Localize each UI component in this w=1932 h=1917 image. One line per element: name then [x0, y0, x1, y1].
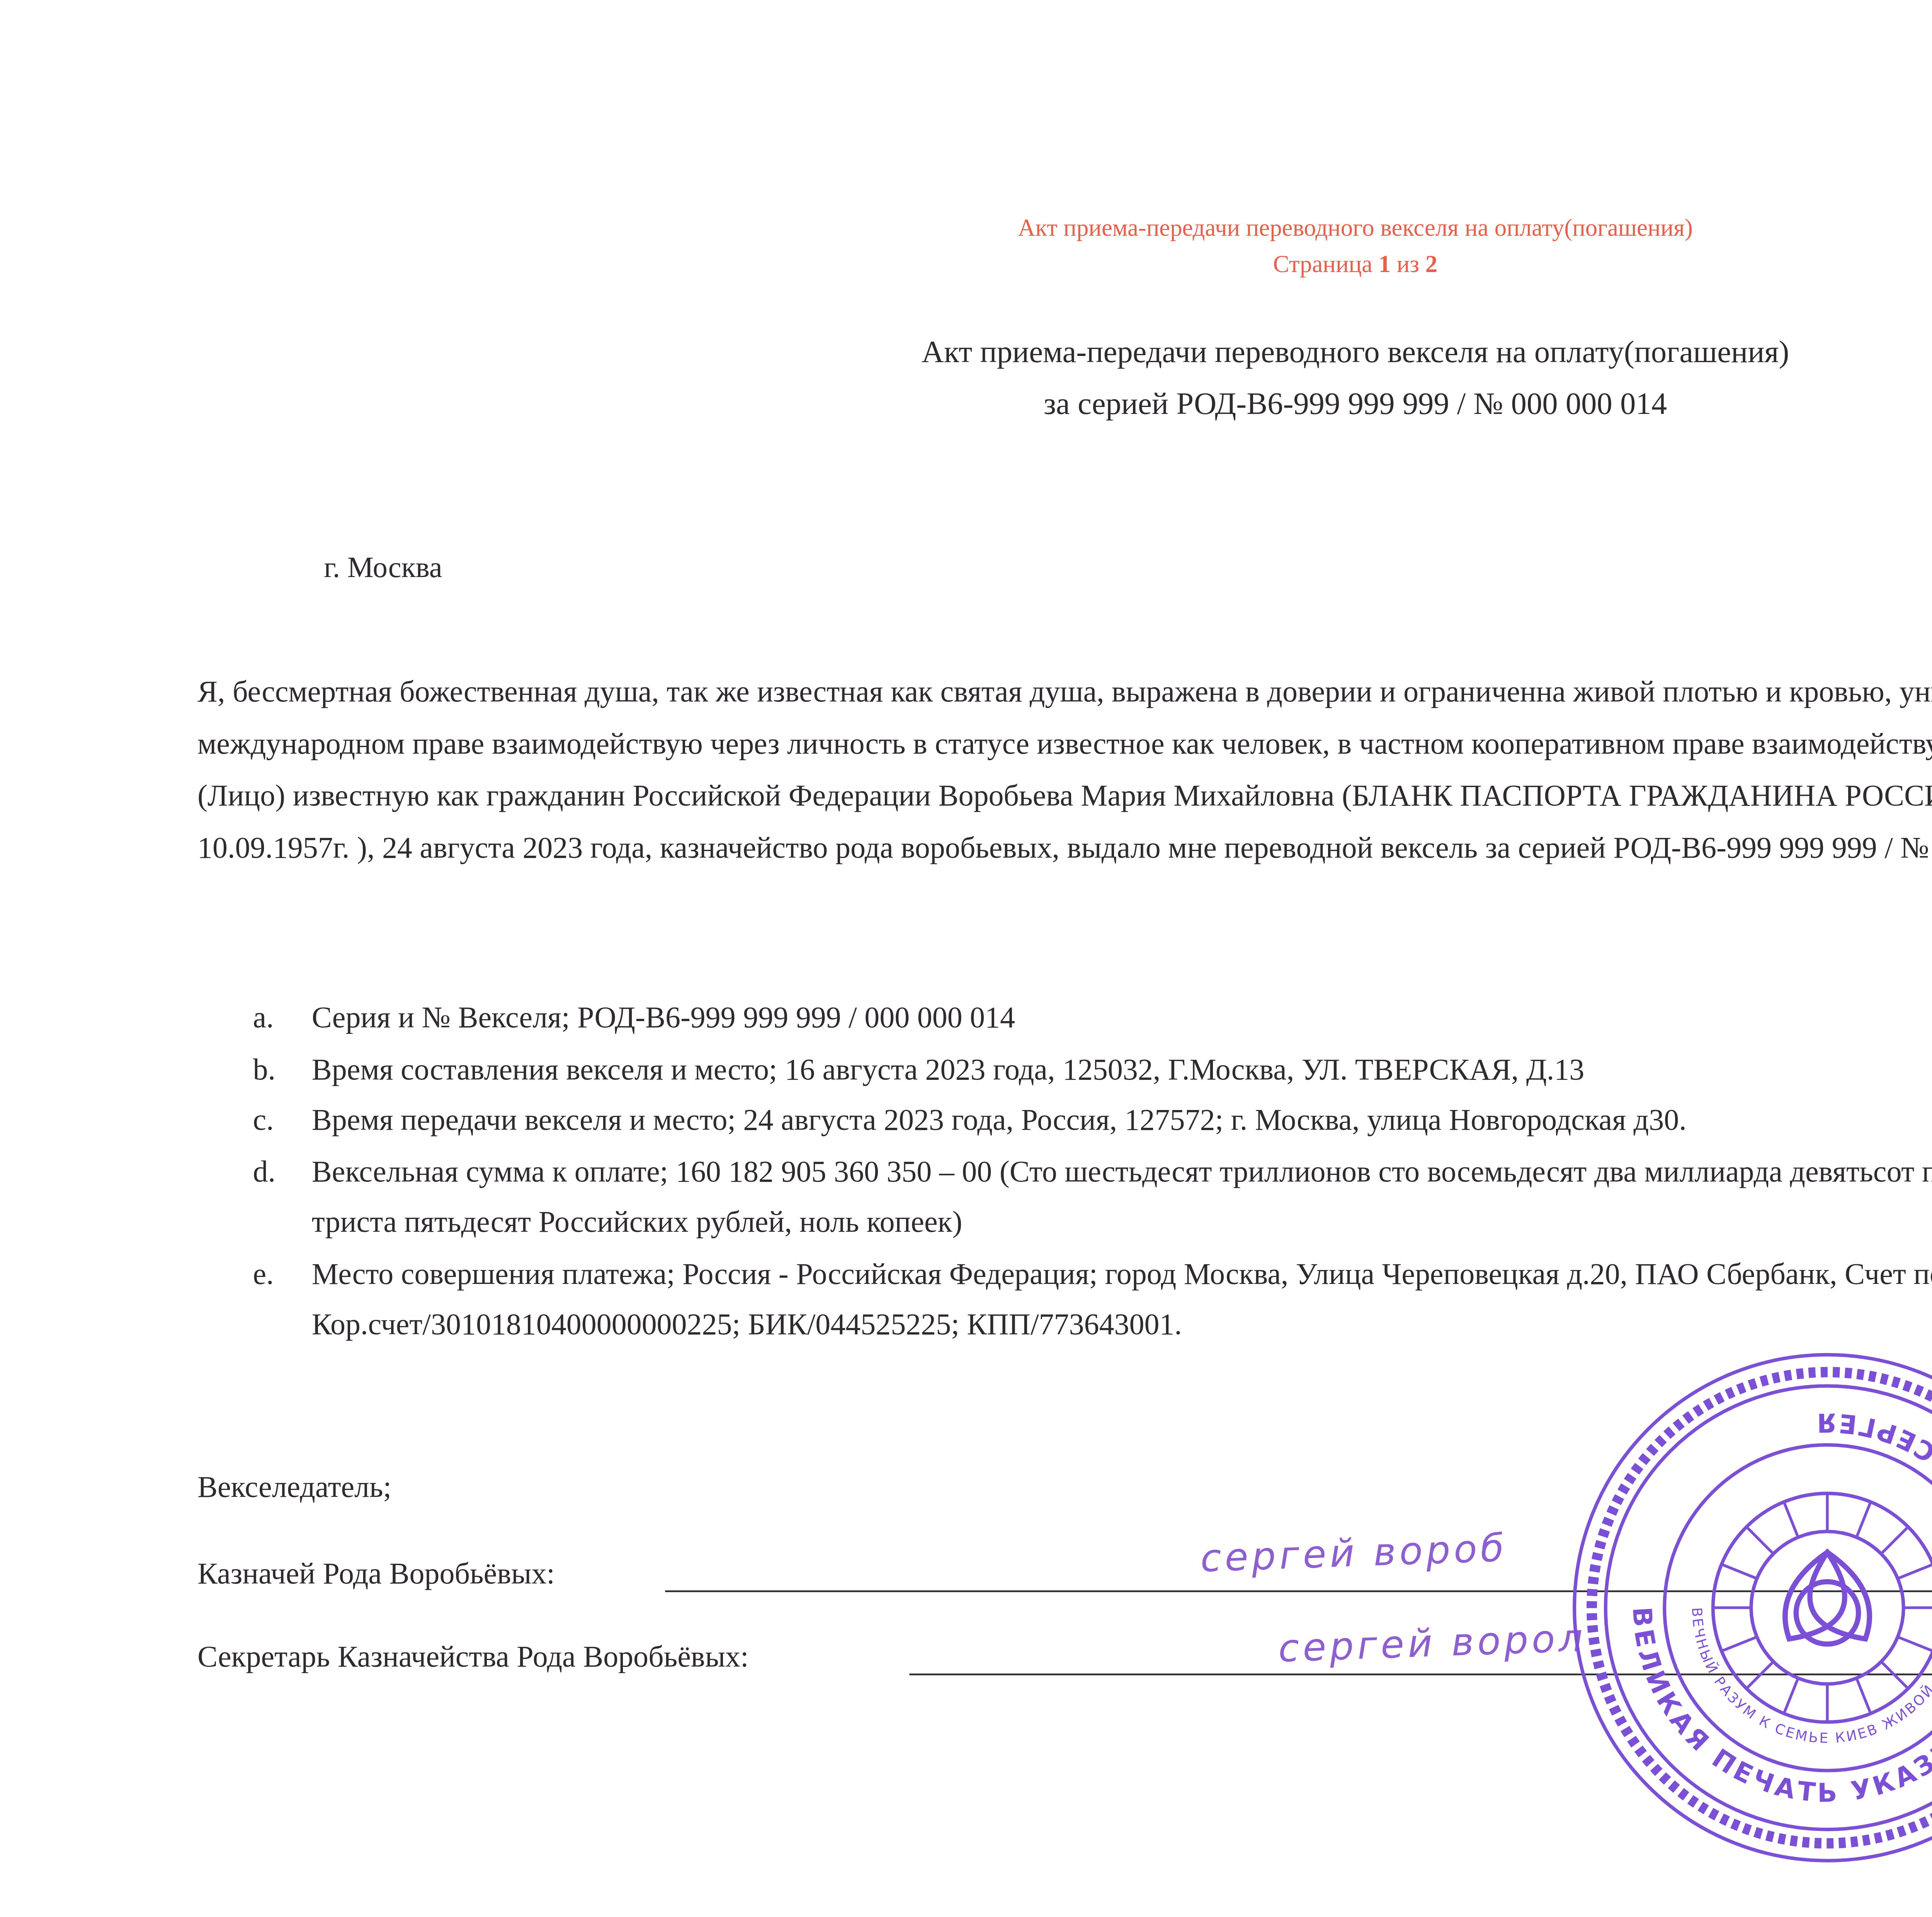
treasurer-signature: сергей вороб: [1200, 1528, 1509, 1582]
details-list: a.Серия и № Векселя; РОД-В6-999 999 999 …: [253, 993, 1932, 1350]
triquetra-icon: [1785, 1552, 1870, 1644]
page-prefix: Страница: [1273, 253, 1372, 279]
sunburst-rays: [1713, 1493, 1932, 1722]
page-total: 2: [1425, 253, 1437, 279]
list-item: c.Время передачи векселя и место; 24 авг…: [253, 1095, 1932, 1146]
list-item-text: Время передачи векселя и место; 24 авгус…: [312, 1102, 1687, 1137]
stamp-outer-text: ВЕЛИКАЯ ПЕЧАТЬ УКАЗНАЯ ВОРОБЬЁВ РОД СЕРГ…: [1627, 1407, 1932, 1808]
body-paragraph: Я, бессмертная божественная душа, так же…: [197, 665, 1932, 873]
list-item-text: Серия и № Векселя; РОД-В6-999 999 999 / …: [312, 999, 1015, 1034]
list-item-text: Вексельная сумма к оплате; 160 182 905 3…: [312, 1153, 1932, 1239]
list-item: b.Время составления векселя и место; 16 …: [253, 1044, 1932, 1095]
svg-text:ВЕЛИКАЯ ПЕЧАТЬ УКАЗНАЯ ВОРОБЬЁ: ВЕЛИКАЯ ПЕЧАТЬ УКАЗНАЯ ВОРОБЬЁВ РОД СЕРГ…: [1627, 1407, 1932, 1808]
secretary-label: Секретарь Казначейства Рода Воробьёвых:: [197, 1639, 749, 1675]
list-marker: a.: [253, 993, 274, 1044]
list-item-text: Время составления векселя и место; 16 ав…: [312, 1051, 1584, 1086]
document-title: Акт приема-передачи переводного векселя …: [0, 326, 1932, 378]
secretary-signature: сергей ворол: [1277, 1618, 1587, 1672]
drawer-label: Векселедатель;: [197, 1469, 391, 1505]
page-current: 1: [1379, 253, 1391, 279]
list-marker: b.: [253, 1044, 275, 1095]
seal-stamp-icon: ВЕЛИКАЯ ПЕЧАТЬ УКАЗНАЯ ВОРОБЬЁВ РОД СЕРГ…: [1568, 1348, 1932, 1868]
treasurer-label: Казначей Рода Воробьёвых:: [197, 1556, 555, 1592]
body-text-start: Я, бессмертная божественная душа, так же…: [197, 674, 1932, 813]
document-subtitle: за серией РОД-В6-999 999 999 / № 000 000…: [0, 378, 1932, 429]
page-indicator: Страница 1 из 2: [0, 249, 1932, 282]
document-page: Акт приема-передачи переводного векселя …: [0, 0, 1932, 1917]
list-item: e.Место совершения платежа; Россия - Рос…: [253, 1248, 1932, 1350]
list-marker: c.: [253, 1095, 274, 1146]
list-item-text: Место совершения платежа; Россия - Росси…: [312, 1255, 1932, 1341]
header-doc-title: Акт приема-передачи переводного векселя …: [0, 213, 1932, 246]
page-sep: из: [1397, 253, 1419, 279]
list-item: d.Вексельная сумма к оплате; 160 182 905…: [253, 1146, 1932, 1248]
list-item: a.Серия и № Векселя; РОД-В6-999 999 999 …: [253, 993, 1932, 1044]
list-marker: e.: [253, 1248, 274, 1299]
list-marker: d.: [253, 1146, 275, 1197]
city: г. Москва: [324, 551, 442, 586]
